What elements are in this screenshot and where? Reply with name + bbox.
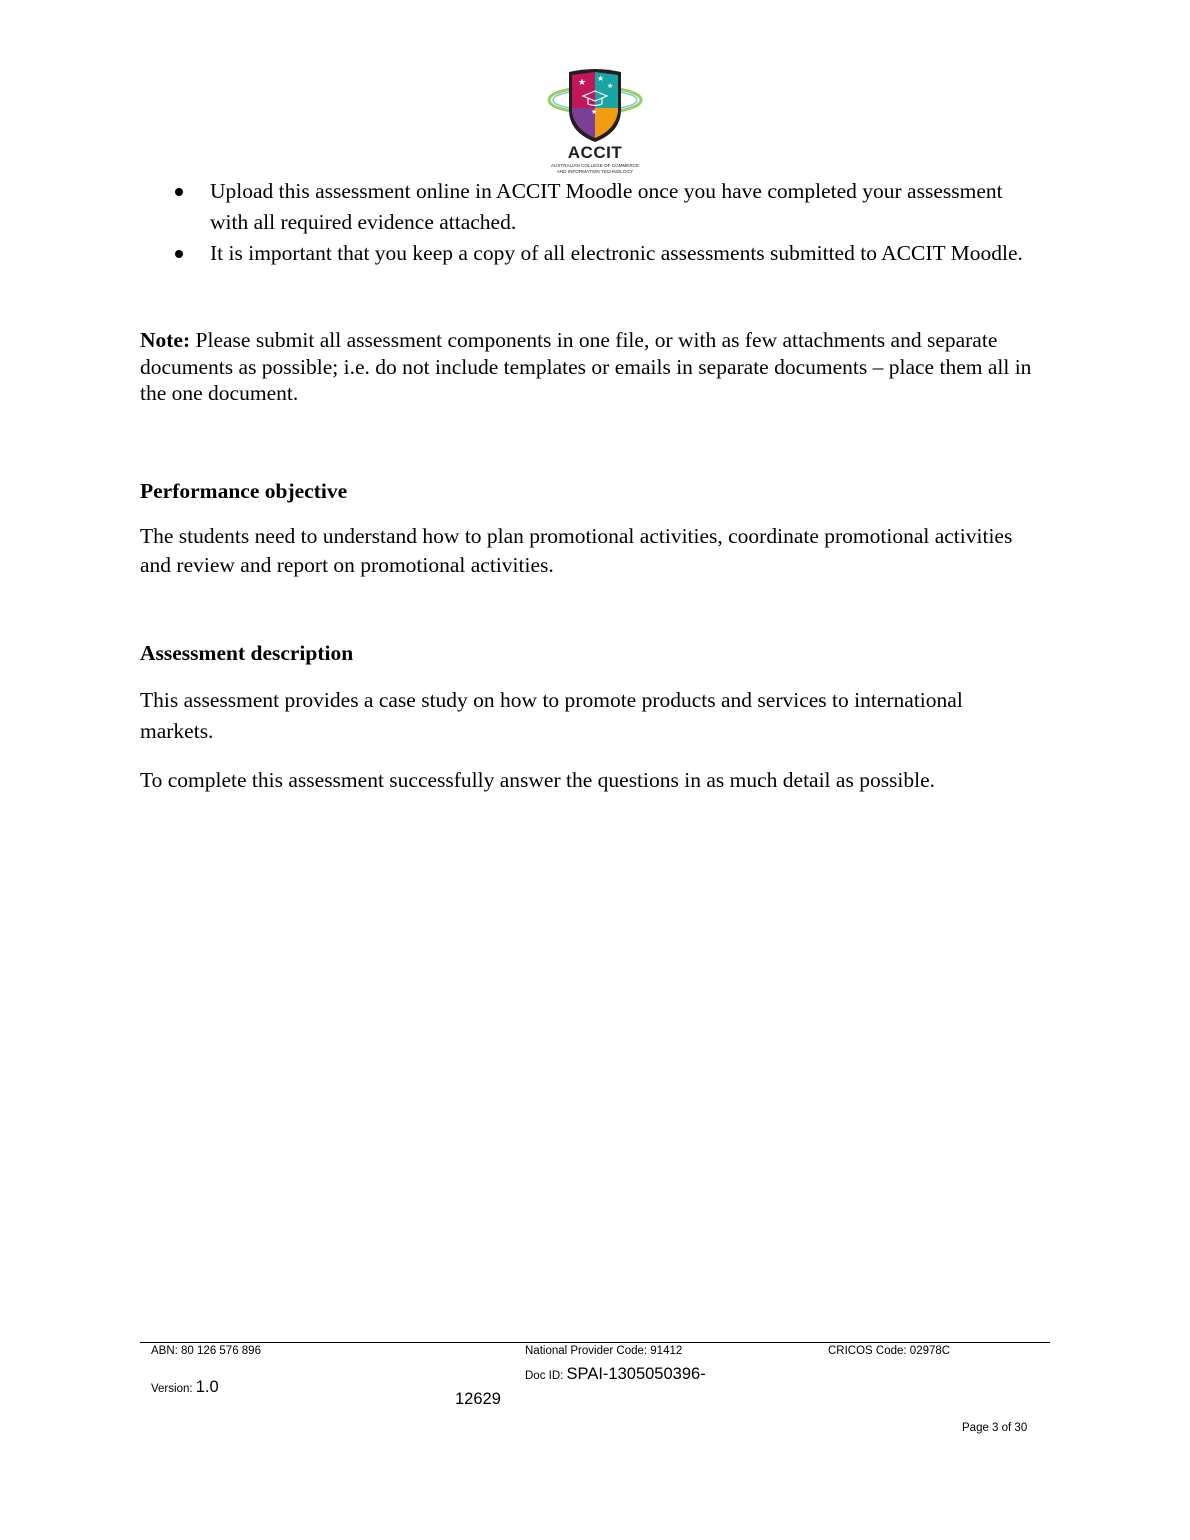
footer-abn: ABN: 80 126 576 896 [151,1345,261,1357]
list-item-text: Upload this assessment online in ACCIT M… [210,179,1003,234]
svg-text:★: ★ [607,82,613,90]
footer-doc-id: Doc ID: SPAI-1305050396- [525,1365,706,1384]
note-label: Note: [140,328,190,352]
list-item: It is important that you keep a copy of … [172,238,1032,269]
svg-text:★: ★ [591,108,597,116]
assessment-description-paragraph: This assessment provides a case study on… [140,685,1040,747]
footer-national-provider-code: National Provider Code: 91412 [525,1345,682,1357]
note-paragraph: Note: Please submit all assessment compo… [140,327,1040,407]
doc-id-value-continued: 12629 [455,1390,501,1409]
submission-instructions-list: Upload this assessment online in ACCIT M… [172,176,1032,269]
accit-logo: ★ ★ ★ ★ ACCIT AUSTRALIAN COLLEGE OF COMM… [545,66,645,178]
version-label: Version: [151,1383,196,1395]
footer-cricos-code: CRICOS Code: 02978C [828,1345,950,1357]
version-value: 1.0 [196,1378,219,1396]
logo-wordmark: ACCIT [545,143,645,163]
assessment-description-heading: Assessment description [140,641,353,666]
svg-text:★: ★ [597,74,604,83]
logo-subtitle: AUSTRALIAN COLLEGE OF COMMERCE AND INFOR… [545,163,645,174]
doc-id-label: Doc ID: [525,1370,567,1382]
bullet-icon [175,188,183,196]
footer-divider [140,1342,1050,1343]
performance-objective-text: The students need to understand how to p… [140,522,1040,580]
note-text: Please submit all assessment components … [140,328,1031,405]
svg-text:★: ★ [578,78,586,88]
performance-objective-heading: Performance objective [140,479,347,504]
list-item: Upload this assessment online in ACCIT M… [172,176,1032,238]
footer-version: Version: 1.0 [151,1378,219,1397]
assessment-description-paragraph: To complete this assessment successfully… [140,766,1040,795]
list-item-text: It is important that you keep a copy of … [210,241,1023,265]
logo-subtitle-line2: AND INFORMATION TECHNOLOGY [545,169,645,175]
logo-subtitle-line1: AUSTRALIAN COLLEGE OF COMMERCE [545,163,645,169]
doc-id-value: SPAI-1305050396- [567,1365,706,1383]
page-number: Page 3 of 30 [962,1422,1027,1434]
bullet-icon [175,250,183,258]
accit-crest-icon: ★ ★ ★ ★ [545,66,645,144]
